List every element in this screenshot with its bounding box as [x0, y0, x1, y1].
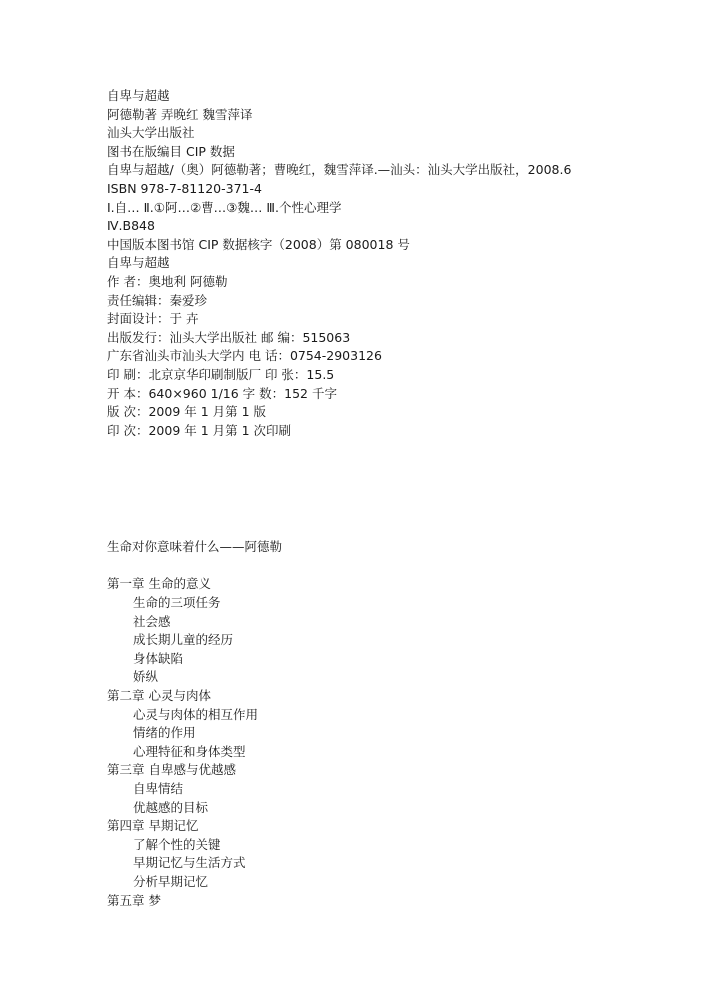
spacer	[107, 440, 667, 538]
table-of-contents: 生命对你意味着什么——阿德勒 第一章 生命的意义 生命的三项任务 社会感 成长期…	[107, 538, 667, 910]
cip-record: 自卑与超越/（奥）阿德勒著；曹晚红，魏雪萍译.—汕头：汕头大学出版社，2008.…	[107, 161, 667, 180]
contents-heading: 生命对你意味着什么——阿德勒	[107, 538, 667, 557]
author-translators: 阿德勒著 弄晚红 魏雪萍译	[107, 106, 667, 125]
chapter-title: 第二章 心灵与肉体	[107, 687, 667, 706]
chapter-4: 第四章 早期记忆 了解个性的关键 早期记忆与生活方式 分析早期记忆	[107, 817, 667, 891]
author-line: 作 者：奥地利 阿德勒	[107, 273, 667, 292]
section-item: 了解个性的关键	[107, 836, 667, 855]
section-item: 心理特征和身体类型	[107, 743, 667, 762]
chapter-1: 第一章 生命的意义 生命的三项任务 社会感 成长期儿童的经历 身体缺陷 娇纵	[107, 575, 667, 687]
section-item: 情绪的作用	[107, 724, 667, 743]
address-line: 广东省汕头市汕头大学内 电 话：0754-2903126	[107, 347, 667, 366]
chapter-title: 第三章 自卑感与优越感	[107, 761, 667, 780]
chapter-title: 第一章 生命的意义	[107, 575, 667, 594]
chapter-title: 第四章 早期记忆	[107, 817, 667, 836]
impression-line: 印 次：2009 年 1 月第 1 次印刷	[107, 422, 667, 441]
document-page: 自卑与超越 阿德勒著 弄晚红 魏雪萍译 汕头大学出版社 图书在版编目 CIP 数…	[107, 87, 667, 910]
printing-line: 印 刷：北京京华印刷制版厂 印 张：15.5	[107, 366, 667, 385]
chapter-5: 第五章 梦	[107, 892, 667, 911]
distribution-line: 出版发行：汕头大学出版社 邮 编：515063	[107, 329, 667, 348]
section-item: 身体缺陷	[107, 650, 667, 669]
publisher: 汕头大学出版社	[107, 124, 667, 143]
isbn: ISBN 978-7-81120-371-4	[107, 180, 667, 199]
classification: Ⅰ.自… Ⅱ.①阿…②曹…③魏… Ⅲ.个性心理学	[107, 199, 667, 218]
cover-design-line: 封面设计：于 卉	[107, 310, 667, 329]
section-item: 心灵与肉体的相互作用	[107, 706, 667, 725]
book-title: 自卑与超越	[107, 87, 667, 106]
section-item: 娇纵	[107, 668, 667, 687]
spacer	[107, 557, 667, 576]
section-item: 分析早期记忆	[107, 873, 667, 892]
section-item: 自卑情结	[107, 780, 667, 799]
format-line: 开 本：640×960 1/16 字 数：152 千字	[107, 385, 667, 404]
section-item: 成长期儿童的经历	[107, 631, 667, 650]
section-item: 早期记忆与生活方式	[107, 854, 667, 873]
chapter-2: 第二章 心灵与肉体 心灵与肉体的相互作用 情绪的作用 心理特征和身体类型	[107, 687, 667, 761]
section-item: 生命的三项任务	[107, 594, 667, 613]
copyright-block: 自卑与超越 阿德勒著 弄晚红 魏雪萍译 汕头大学出版社 图书在版编目 CIP 数…	[107, 87, 667, 440]
classification-number: Ⅳ.B848	[107, 217, 667, 236]
editor-line: 责任编辑：秦爱珍	[107, 292, 667, 311]
chapter-3: 第三章 自卑感与优越感 自卑情结 优越感的目标	[107, 761, 667, 817]
cip-heading: 图书在版编目 CIP 数据	[107, 143, 667, 162]
cip-verification: 中国版本图书馆 CIP 数据核字（2008）第 080018 号	[107, 236, 667, 255]
edition-line: 版 次：2009 年 1 月第 1 版	[107, 403, 667, 422]
section-item: 优越感的目标	[107, 799, 667, 818]
chapter-title: 第五章 梦	[107, 892, 667, 911]
section-item: 社会感	[107, 613, 667, 632]
book-title-repeat: 自卑与超越	[107, 254, 667, 273]
